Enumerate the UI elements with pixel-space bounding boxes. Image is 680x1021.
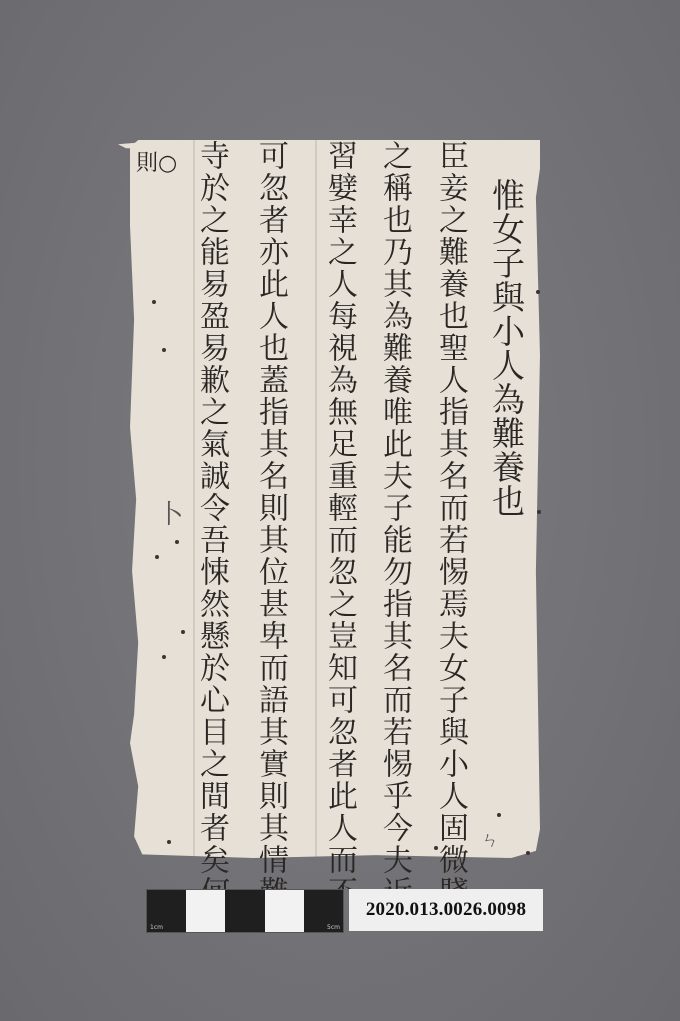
scale-left-label: 1cm [150, 924, 163, 931]
paper-fold-line [315, 140, 317, 858]
wormhole-dot [152, 300, 156, 304]
manuscript-column-2: 臣妾之難養也聖人指其名而若惕焉夫女子與小人固微賤 [432, 140, 468, 908]
manuscript-column-4: 習嬖幸之人每視為無足重輕而忽之豈知可忽者此人而不 [321, 140, 357, 908]
catalog-number-label: 2020.013.0026.0098 [349, 889, 543, 931]
scale-segment [186, 890, 225, 932]
margin-mark: ㄣ [470, 830, 506, 849]
corner-mark: 則○ [136, 146, 177, 177]
scale-bar: 1cm 5cm [146, 889, 344, 933]
scale-segment [265, 890, 304, 932]
manuscript-column-5: 可忽者亦此人也蓋指其名則其位甚卑而語其實則其情難 [252, 140, 288, 908]
wormhole-dot [175, 540, 179, 544]
scale-segment [225, 890, 264, 932]
scale-right-label: 5cm [327, 924, 340, 931]
wormhole-dot [162, 655, 166, 659]
wormhole-dot [537, 510, 541, 514]
margin-mark: 卜 [150, 500, 186, 527]
wormhole-dot [434, 846, 438, 850]
manuscript-column-6: 寺於之能易盈易歉之氣誠令吾悚然懸於心目之間者矣何 [193, 140, 229, 908]
wormhole-dot [181, 630, 185, 634]
wormhole-dot [526, 851, 530, 855]
wormhole-dot [497, 813, 501, 817]
wormhole-dot [155, 555, 159, 559]
manuscript-column-1: 惟女子與小人為難養也 [488, 178, 524, 518]
wormhole-dot [536, 290, 540, 294]
manuscript-column-3: 之稱也乃其為難養唯此夫子能勿指其名而若惕乎今夫近 [376, 140, 412, 908]
wormhole-dot [162, 348, 166, 352]
wormhole-dot [167, 840, 171, 844]
